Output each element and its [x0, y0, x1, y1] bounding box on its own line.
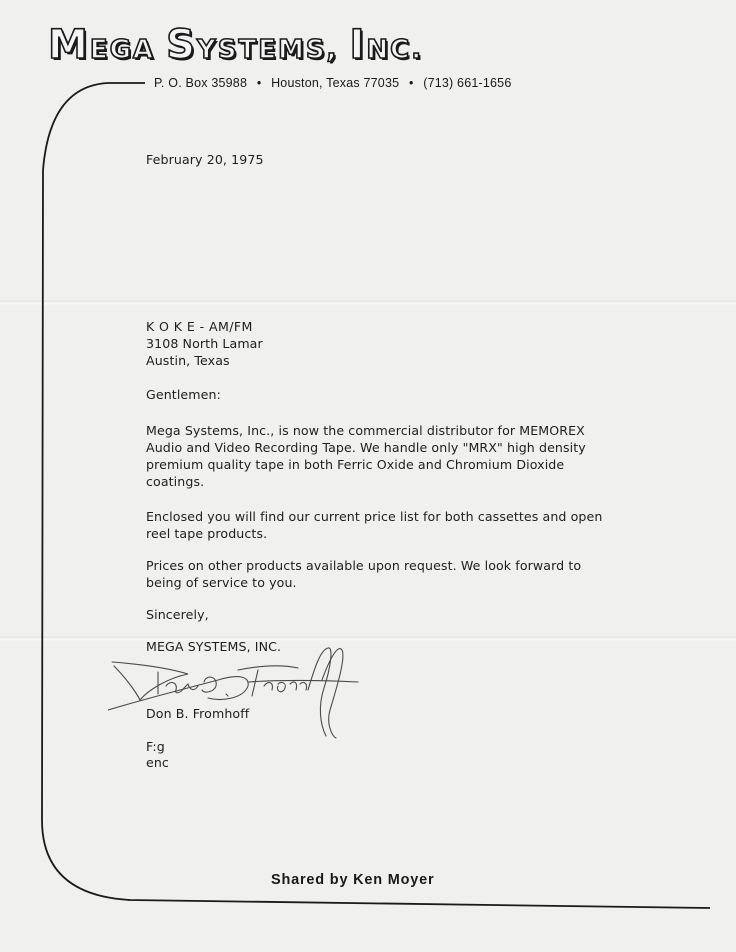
- paragraph-1-line-4: coatings.: [146, 473, 204, 490]
- signer-name: Don B. Fromhoff: [146, 705, 249, 722]
- paragraph-1-line-3: premium quality tape in both Ferric Oxid…: [146, 456, 564, 473]
- shared-by-credit: Shared by Ken Moyer: [271, 872, 434, 888]
- recipient-street: 3108 North Lamar: [146, 335, 263, 352]
- bullet-separator: •: [257, 76, 262, 90]
- recipient-name: K O K E - AM/FM: [146, 318, 253, 335]
- company-logo: MEGA SYSTEMS, INC.: [48, 22, 423, 68]
- company-city: Houston, Texas 77035: [271, 76, 399, 90]
- enclosure-notation: enc: [146, 754, 169, 771]
- bullet-separator: •: [409, 76, 414, 90]
- paragraph-3-line-2: being of service to you.: [146, 574, 297, 591]
- salutation: Gentlemen:: [146, 386, 221, 403]
- letterhead-border-line: [0, 0, 736, 952]
- po-box: P. O. Box 35988: [154, 76, 247, 90]
- closing: Sincerely,: [146, 606, 209, 623]
- recipient-city: Austin, Texas: [146, 352, 230, 369]
- company-phone: (713) 661-1656: [423, 76, 511, 90]
- letter-date: February 20, 1975: [146, 151, 264, 168]
- paragraph-2-line-2: reel tape products.: [146, 525, 267, 542]
- handwritten-signature: [108, 640, 368, 750]
- paragraph-2-line-1: Enclosed you will find our current price…: [146, 508, 602, 525]
- paragraph-3-line-1: Prices on other products available upon …: [146, 557, 581, 574]
- paragraph-1-line-1: Mega Systems, Inc., is now the commercia…: [146, 422, 585, 439]
- typist-initials: F:g: [146, 738, 165, 755]
- letterhead-address: P. O. Box 35988 • Houston, Texas 77035 •…: [154, 76, 511, 90]
- paragraph-1-line-2: Audio and Video Recording Tape. We handl…: [146, 439, 586, 456]
